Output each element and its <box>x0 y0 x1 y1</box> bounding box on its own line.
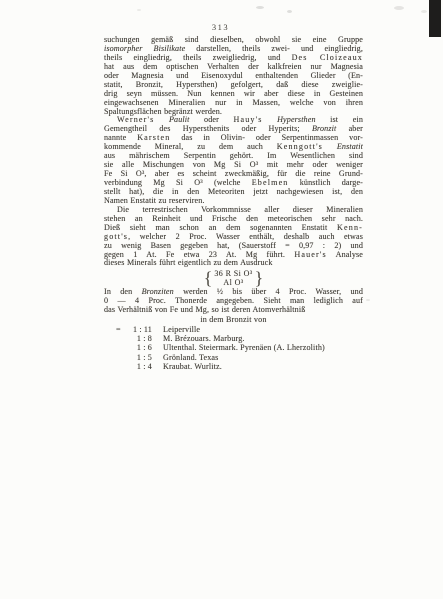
text-run: drig seyn müssen. Nun kennen wir aber di… <box>104 89 363 98</box>
letterspaced-name: gott's <box>104 232 128 241</box>
text-run: darstellen, theils zwei- und eingliedrig… <box>185 44 363 53</box>
text-run: aus mährischem Serpentin gehört. Im Wese… <box>104 151 363 160</box>
equals-sign <box>116 362 125 371</box>
locality-names: Leiperville <box>163 325 200 334</box>
equals-sign: = <box>116 325 125 334</box>
atom-ratio: 1 : 4 <box>125 362 152 371</box>
text-run: stehen an Reinheit und Frische den meteo… <box>104 214 363 223</box>
italic-text: Paulit <box>169 115 190 124</box>
book-page: 313 suchungen gemäß sind dieselben, obwo… <box>0 0 443 599</box>
ratio-list: =1 : 11Leiperville1 : 8M. Brézouars. Mar… <box>104 325 363 371</box>
atom-ratio: 1 : 5 <box>125 353 152 362</box>
locality-names: Kraubat. Wurlitz. <box>163 362 222 371</box>
text-run: Analyse <box>327 250 363 259</box>
letterspaced-name: Hauy's <box>233 115 262 124</box>
letterspaced-name: Ebelmen <box>252 178 289 187</box>
chemical-formula: {36 R Si O³Al O³} <box>104 269 363 287</box>
letterspaced-name: Hauer's <box>294 250 326 259</box>
locality-names: M. Brézouars. Marburg. <box>163 334 245 343</box>
text-run: theils eingliedrig, theils zweigliedrig,… <box>104 53 292 62</box>
text-run: verbindung Mg Si O³ (welche <box>104 178 252 187</box>
letterspaced-name: Des Cloizeaux <box>292 53 363 62</box>
ratio-list-item: 1 : 8M. Brézouars. Marburg. <box>104 334 363 343</box>
equals-sign <box>116 353 125 362</box>
text-run: zu wenig Basen gegeben hat, (Sauerstoff … <box>104 241 363 250</box>
centered-line: in dem Bronzit von <box>104 315 363 325</box>
text-run: künstlich darge- <box>289 178 363 187</box>
text-run: hat aus dem optischen Verhalten der kalk… <box>104 62 363 71</box>
atom-ratio: 1 : 11 <box>125 325 152 334</box>
ratio-list-item: 1 : 5Grönland. Texas <box>104 353 363 362</box>
atom-ratio: 1 : 8 <box>125 334 152 343</box>
locality-names: Grönland. Texas <box>163 353 218 362</box>
atom-ratio: 1 : 6 <box>125 343 152 352</box>
scan-speck <box>256 6 264 9</box>
text-run: 0 — 4 Proc. Thonerde angegeben. Sieht ma… <box>104 296 363 305</box>
ratio-list-item: 1 : 4Kraubat. Wurlitz. <box>104 362 363 371</box>
formula-row: 36 R Si O³ <box>214 269 252 278</box>
text-run: dieses Minerals führt eigentlich zu dem … <box>104 258 273 267</box>
left-brace: { <box>204 269 213 287</box>
text-run: aber <box>336 124 363 133</box>
text-run: eingewachsenen Mineralien nur in Massen,… <box>104 98 363 107</box>
text-run: werden ½ bis über 4 Proc. Wasser, und <box>174 287 363 296</box>
text-run: statit, Bronzit, Hypersthen) gefolgert, … <box>104 80 363 89</box>
equals-sign <box>116 334 125 343</box>
text-run <box>323 142 337 151</box>
text-run <box>154 115 169 124</box>
text-run: kommende Mineral, zu dem auch <box>104 142 277 151</box>
page-number: 313 <box>91 22 350 32</box>
scan-speck <box>421 10 427 13</box>
text-run: , welcher 2 Proc. Wasser enthält, deshal… <box>128 232 363 241</box>
text-run: Fe Si O³, aber es scheint zweckmäßig, fü… <box>104 169 363 178</box>
text-run <box>263 115 278 124</box>
text-run: gegen 1 At. Fe etwa 23 At. Mg führt. <box>104 250 294 259</box>
text-run: In den <box>104 287 142 296</box>
equals-sign <box>116 343 125 352</box>
text-run: sie alle Mischungen von Mg Si O³ mit meh… <box>104 160 363 169</box>
text-line: das Verhältniß von Fe und Mg, so ist der… <box>104 306 363 315</box>
text-run: Spaltungsflächen begränzt werden. <box>104 107 222 116</box>
scan-speck <box>394 6 404 10</box>
text-block: suchungen gemäß sind dieselben, obwohl s… <box>104 36 363 371</box>
right-brace: } <box>255 269 264 287</box>
scan-artifact-bar <box>429 0 441 37</box>
italic-text: Hypersthen <box>277 115 316 124</box>
text-run: oder Magnesia und Eisenoxydul enthaltend… <box>104 71 363 80</box>
letterspaced-name: Kenngott's <box>277 142 323 151</box>
letterspaced-name: Karsten <box>137 133 170 142</box>
italic-text: isomorpher Bisilikate <box>104 44 185 53</box>
text-run: stellt hat), die in den Meteoriten jetzt… <box>104 187 363 196</box>
text-run: Die terrestrischen Vorkommnisse aller di… <box>117 205 363 214</box>
text-run: das in Olivin- oder Serpentinmassen vor- <box>170 133 363 142</box>
formula-row: Al O³ <box>223 278 243 287</box>
text-run: Dieß sieht man schon an dem sogenannten … <box>104 223 337 232</box>
locality-names: Ultenthal. Steiermark. Pyrenäen (A. Lher… <box>163 343 325 352</box>
text-run: oder <box>190 115 234 124</box>
text-run: ist ein <box>316 115 363 124</box>
letterspaced-name: Kenn- <box>337 223 363 232</box>
text-run: Gemengtheil des Hypersthenits oder Hyper… <box>104 124 312 133</box>
scan-speck <box>137 9 141 11</box>
letterspaced-name: Werner's <box>117 115 154 124</box>
scan-speck <box>366 299 370 301</box>
text-run: Namen Enstatit zu reserviren. <box>104 196 205 205</box>
ratio-list-item: 1 : 6Ultenthal. Steiermark. Pyrenäen (A.… <box>104 343 363 352</box>
italic-text: Bronziten <box>142 287 174 296</box>
text-line: dieses Minerals führt eigentlich zu dem … <box>104 259 363 268</box>
ratio-list-item: =1 : 11Leiperville <box>104 325 363 334</box>
formula-rows: 36 R Si O³Al O³ <box>214 269 252 287</box>
italic-text: Enstatit <box>337 142 363 151</box>
scan-speck <box>287 10 292 13</box>
text-run: nannte <box>104 133 137 142</box>
text-run: suchungen gemäß sind dieselben, obwohl s… <box>104 35 363 44</box>
text-run: das Verhältniß von Fe und Mg, so ist der… <box>104 305 305 314</box>
italic-text: Bronzit <box>312 124 336 133</box>
